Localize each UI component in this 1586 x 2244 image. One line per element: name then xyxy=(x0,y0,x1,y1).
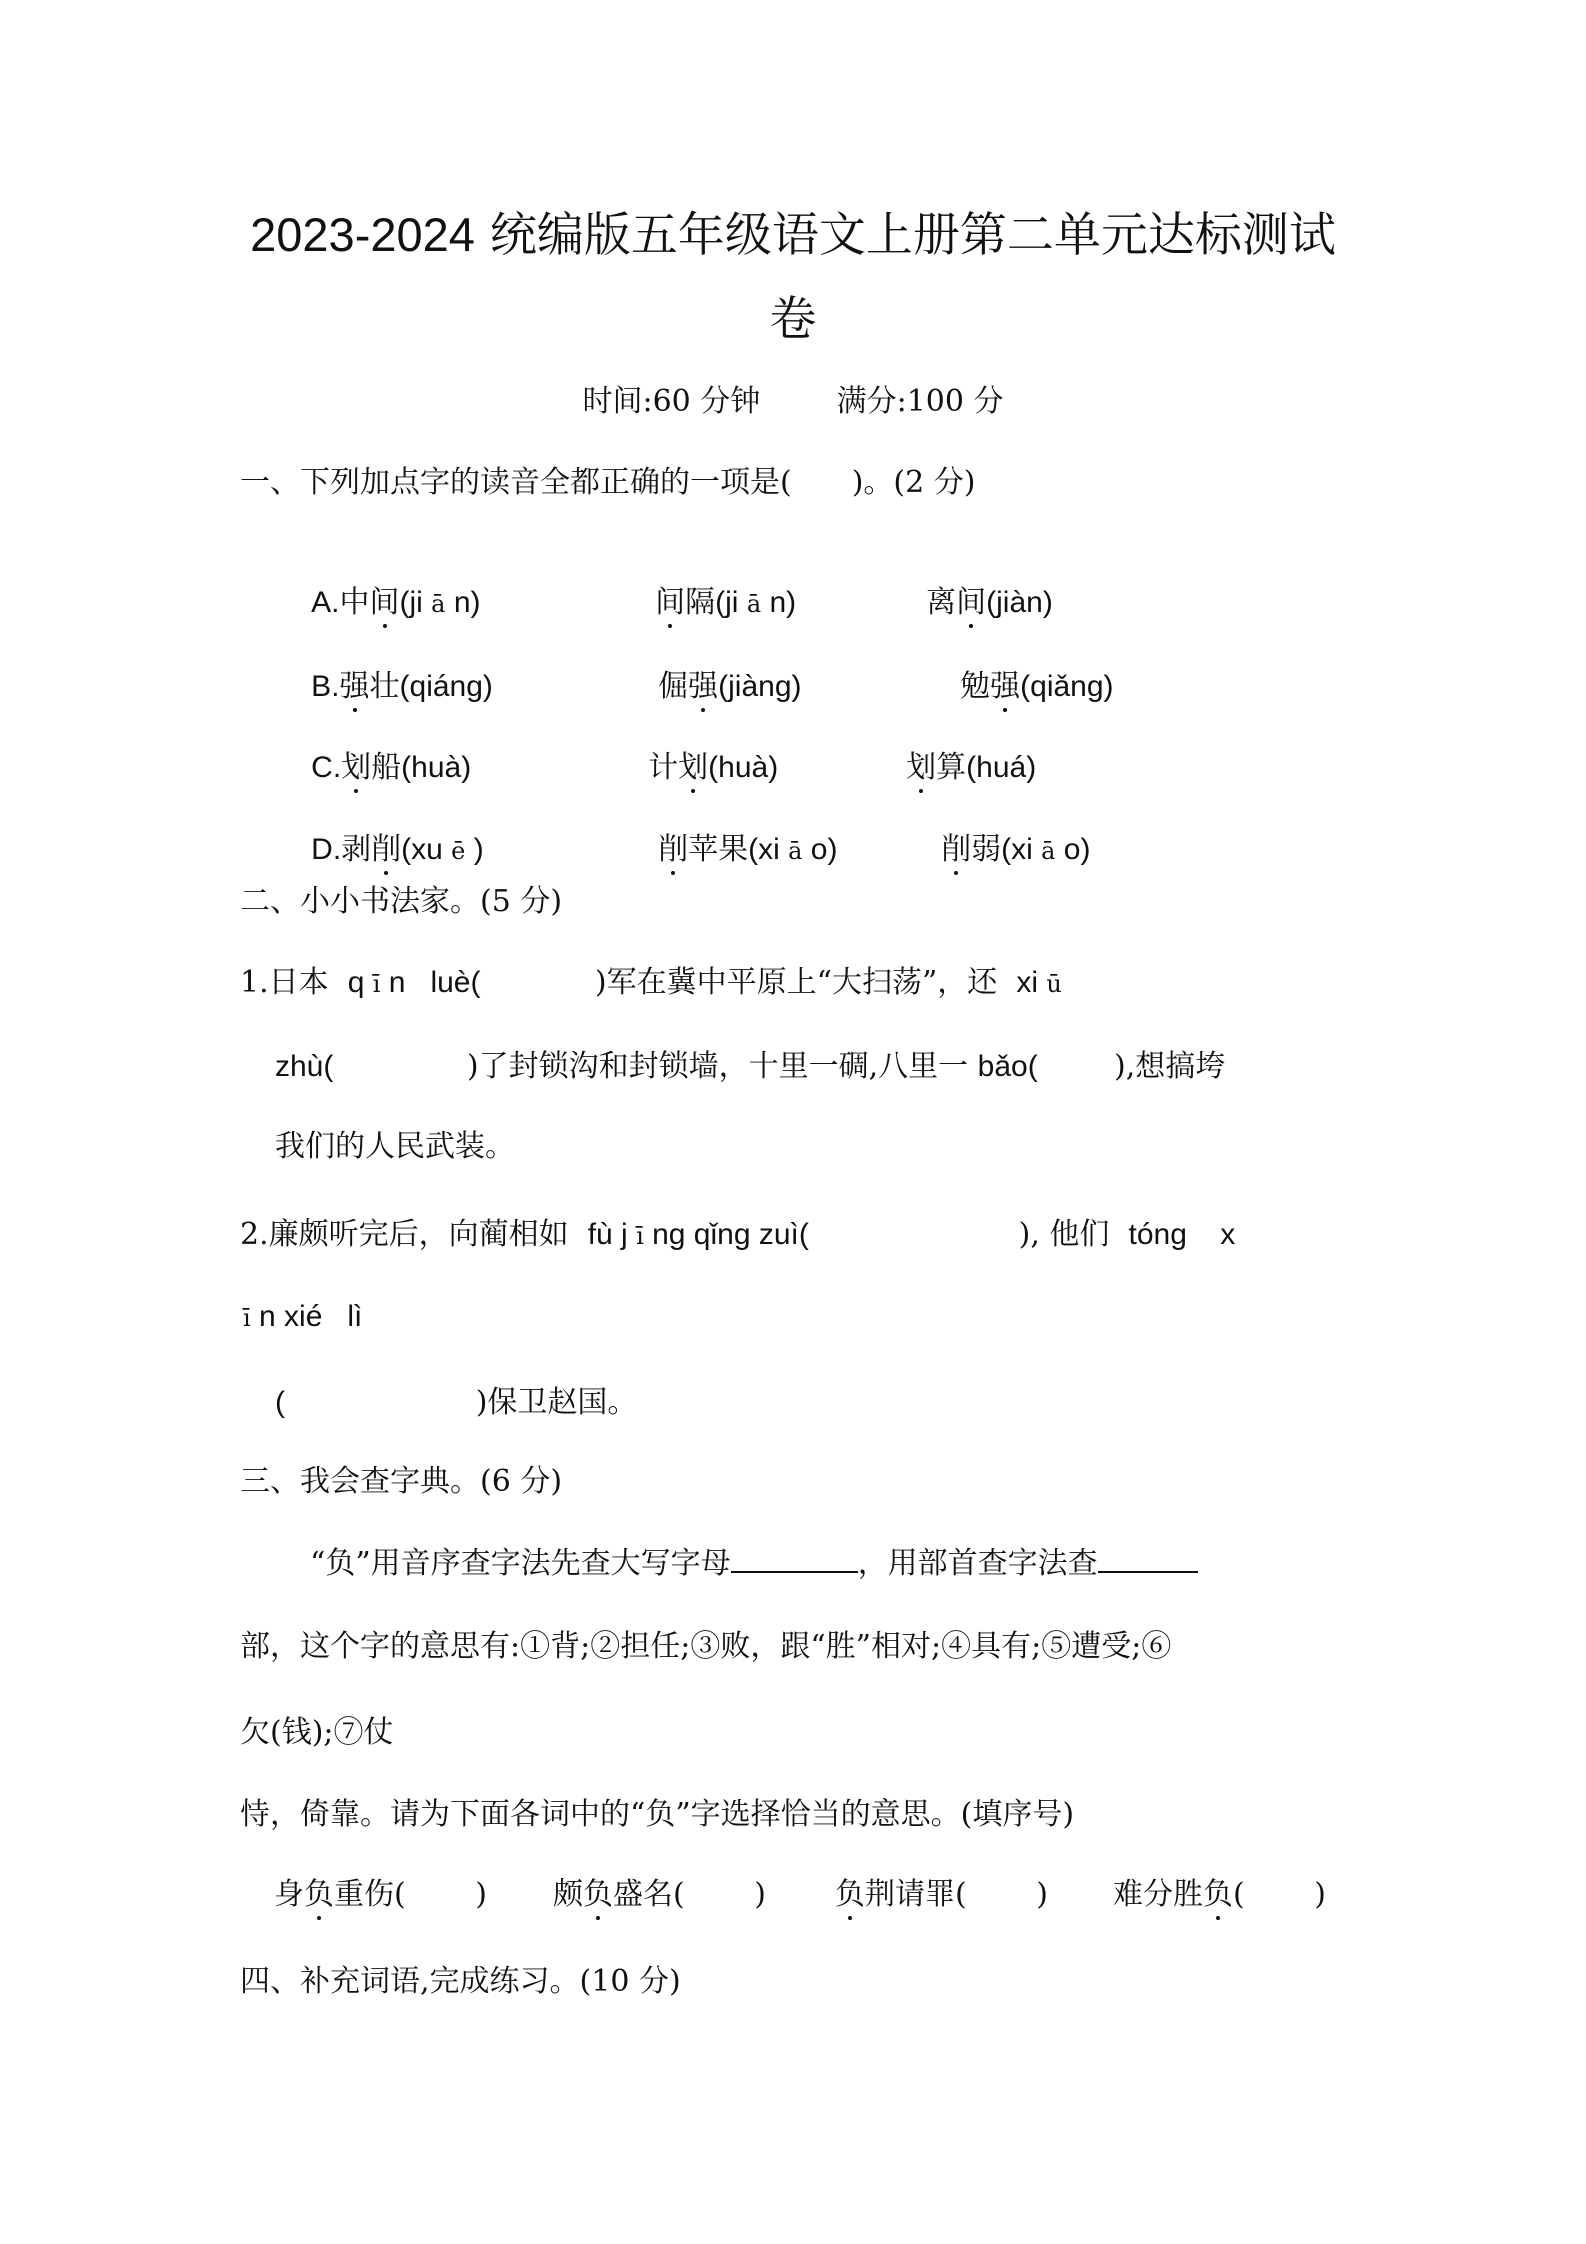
dotted-char: 划 xyxy=(341,748,371,788)
pinyin: (jiàn) xyxy=(986,586,1053,619)
full-score: 满分:100 分 xyxy=(837,384,1004,419)
pinyin: (huà) xyxy=(401,751,471,784)
q3-word-1[interactable]: 身负重伤( ) xyxy=(274,1875,487,1915)
word-pre: 难分胜 xyxy=(1113,1877,1203,1912)
tone-mark: ā xyxy=(788,837,802,865)
dotted-char: 划 xyxy=(906,748,936,788)
q2-item2-line3: ( )保卫赵国。 xyxy=(275,1383,637,1423)
option-label: A. xyxy=(311,586,339,619)
text: ，用部首查字法查 xyxy=(858,1546,1098,1581)
dotted-char: 间 xyxy=(370,583,400,623)
dotted-char: 强 xyxy=(688,667,718,707)
q3-word-3[interactable]: 负荆请罪( ) xyxy=(835,1875,1048,1915)
dotted-char: 负 xyxy=(583,1875,613,1915)
option-label: D. xyxy=(311,833,341,866)
pinyin: (qiáng) xyxy=(400,670,493,703)
q3-word-2[interactable]: 颇负盛名( ) xyxy=(553,1875,766,1915)
option-d-word-3: 削弱(xi ā o) xyxy=(903,790,1090,911)
word-pre: 身 xyxy=(274,1877,304,1912)
pinyin-answer-blank: n luè( xyxy=(380,966,480,999)
word-pre: 计 xyxy=(648,750,678,785)
word-post: 重伤 xyxy=(334,1877,394,1912)
q1-heading: 一、下列加点字的读音全都正确的一项是( )。(2 分) xyxy=(240,463,975,503)
dotted-char: 间 xyxy=(956,583,986,623)
tone-mark: ā xyxy=(747,590,761,618)
pinyin: q xyxy=(348,966,373,999)
pinyin: tóng x xyxy=(1129,1218,1236,1251)
dotted-char: 负 xyxy=(304,1875,334,1915)
word-post: 荆请罪 xyxy=(865,1877,955,1912)
text: 2.廉颇听完后，向蔺相如 xyxy=(240,1217,588,1252)
word-post: 苹果 xyxy=(688,832,748,867)
dotted-char: 削 xyxy=(658,830,688,870)
pinyin-answer-blank: zhù( xyxy=(275,1050,333,1083)
word-pre: 剥 xyxy=(341,832,371,867)
pinyin: (ji xyxy=(715,586,747,619)
letter-answer-blank[interactable] xyxy=(731,1543,858,1573)
dotted-char: 强 xyxy=(340,667,370,707)
word-post: 弱 xyxy=(971,832,1001,867)
text: “负”用音序查字法先查大写字母 xyxy=(310,1546,731,1581)
q3-para3: 欠(钱);⑦仗 xyxy=(240,1713,394,1753)
tone-mark: ī xyxy=(243,1304,251,1332)
option-label: C. xyxy=(311,751,341,784)
pinyin: (xi xyxy=(1001,833,1041,866)
exam-meta: 时间:60 分钟 满分:100 分 xyxy=(0,382,1586,422)
text: 1.日本 xyxy=(240,965,348,1000)
pinyin: n) xyxy=(445,586,480,619)
tone-mark: ī xyxy=(636,1222,644,1250)
text: ),想搞垮 xyxy=(1038,1049,1226,1084)
page-title: 2023-2024 统编版五年级语文上册第二单元达标测试 xyxy=(0,205,1586,266)
pinyin: (jiàng) xyxy=(718,670,801,703)
q2-item2-line2: ī n xié lì xyxy=(243,1297,362,1338)
pinyin: (huá) xyxy=(966,751,1036,784)
word-pre: 倔 xyxy=(658,669,688,704)
answer-blank-open: ( xyxy=(275,1386,285,1419)
word-pre: 颇 xyxy=(553,1877,583,1912)
word-pre: 离 xyxy=(926,585,956,620)
dotted-char: 强 xyxy=(990,667,1020,707)
pinyin-answer-blank: bǎo( xyxy=(978,1050,1038,1083)
q2-item2-line1: 2.廉颇听完后，向蔺相如 fù j ī ng qǐng zuì( ), 他们 t… xyxy=(240,1215,1235,1256)
word-post: 壮 xyxy=(370,669,400,704)
q3-word-4[interactable]: 难分胜负( ) xyxy=(1113,1875,1326,1915)
q2-heading: 二、小小书法家。(5 分) xyxy=(240,882,562,922)
dotted-char: 负 xyxy=(835,1875,865,1915)
pinyin: (ji xyxy=(400,586,432,619)
dotted-char: 负 xyxy=(1203,1875,1233,1915)
tone-mark: ū xyxy=(1046,970,1061,998)
text: )了封锁沟和封锁墙，十里一碉,八里一 xyxy=(333,1049,977,1084)
title-year: 2023-2024 xyxy=(250,208,475,261)
text: ), 他们 xyxy=(809,1217,1129,1252)
option-label: B. xyxy=(311,670,339,703)
text: )军在冀中平原上“大扫荡”，还 xyxy=(480,965,1016,1000)
dotted-char: 划 xyxy=(678,748,708,788)
answer-blank: ( ) xyxy=(394,1877,487,1912)
tone-mark: ē xyxy=(451,837,465,865)
q2-item1-line3: 我们的人民武装。 xyxy=(275,1127,515,1167)
dotted-char: 削 xyxy=(941,830,971,870)
word-post: 盛名 xyxy=(613,1877,673,1912)
dotted-char: 削 xyxy=(371,830,401,870)
answer-blank: ( ) xyxy=(955,1877,1048,1912)
q4-heading: 四、补充词语,完成练习。(10 分) xyxy=(240,1962,681,2002)
dotted-char: 间 xyxy=(655,583,685,623)
q3-para4: 恃，倚靠。请为下面各词中的“负”字选择恰当的意思。(填序号) xyxy=(240,1795,1074,1835)
word-post: 船 xyxy=(371,750,401,785)
pinyin: (qiǎng) xyxy=(1020,670,1113,703)
tone-mark: ā xyxy=(1041,837,1055,865)
tone-mark: ā xyxy=(431,590,445,618)
q3-para2: 部，这个字的意思有:①背;②担任;③败，跟“胜”相对;④具有;⑤遭受;⑥ xyxy=(240,1627,1171,1667)
pinyin: n xié lì xyxy=(251,1300,363,1333)
pinyin: (huà) xyxy=(708,751,778,784)
pinyin: ) xyxy=(465,833,483,866)
option-d-word-2: 削苹果(xi ā o) xyxy=(620,790,837,911)
page-title-wrap: 卷 xyxy=(0,290,1586,350)
pinyin: n) xyxy=(761,586,796,619)
pinyin: o) xyxy=(1055,833,1090,866)
pinyin: (xu xyxy=(401,833,451,866)
text: )保卫赵国。 xyxy=(285,1385,637,1420)
answer-blank: ( ) xyxy=(1233,1877,1326,1912)
pinyin: xi xyxy=(1016,966,1046,999)
q2-item1-line1: 1.日本 q ī n luè( )军在冀中平原上“大扫荡”，还 xi ū xyxy=(240,963,1062,1004)
word-post: 算 xyxy=(936,750,966,785)
word-post: 隔 xyxy=(685,585,715,620)
pinyin: (xi xyxy=(748,833,788,866)
q3-para1: “负”用音序查字法先查大写字母，用部首查字法查 xyxy=(310,1543,1198,1584)
title-text: 统编版五年级语文上册第二单元达标测试 xyxy=(475,208,1336,263)
answer-blank: ( ) xyxy=(673,1877,766,1912)
q2-item1-line2: zhù( )了封锁沟和封锁墙，十里一碉,八里一 bǎo( ),想搞垮 xyxy=(275,1047,1225,1087)
radical-answer-blank[interactable] xyxy=(1098,1543,1198,1573)
pinyin: o) xyxy=(802,833,837,866)
word-pre: 中 xyxy=(340,585,370,620)
time-limit: 时间:60 分钟 xyxy=(582,384,760,419)
pinyin: fù j xyxy=(588,1218,636,1251)
q3-heading: 三、我会查字典。(6 分) xyxy=(240,1462,562,1502)
pinyin-answer-blank: ng qǐng zuì( xyxy=(644,1218,809,1251)
word-pre: 勉 xyxy=(960,669,990,704)
